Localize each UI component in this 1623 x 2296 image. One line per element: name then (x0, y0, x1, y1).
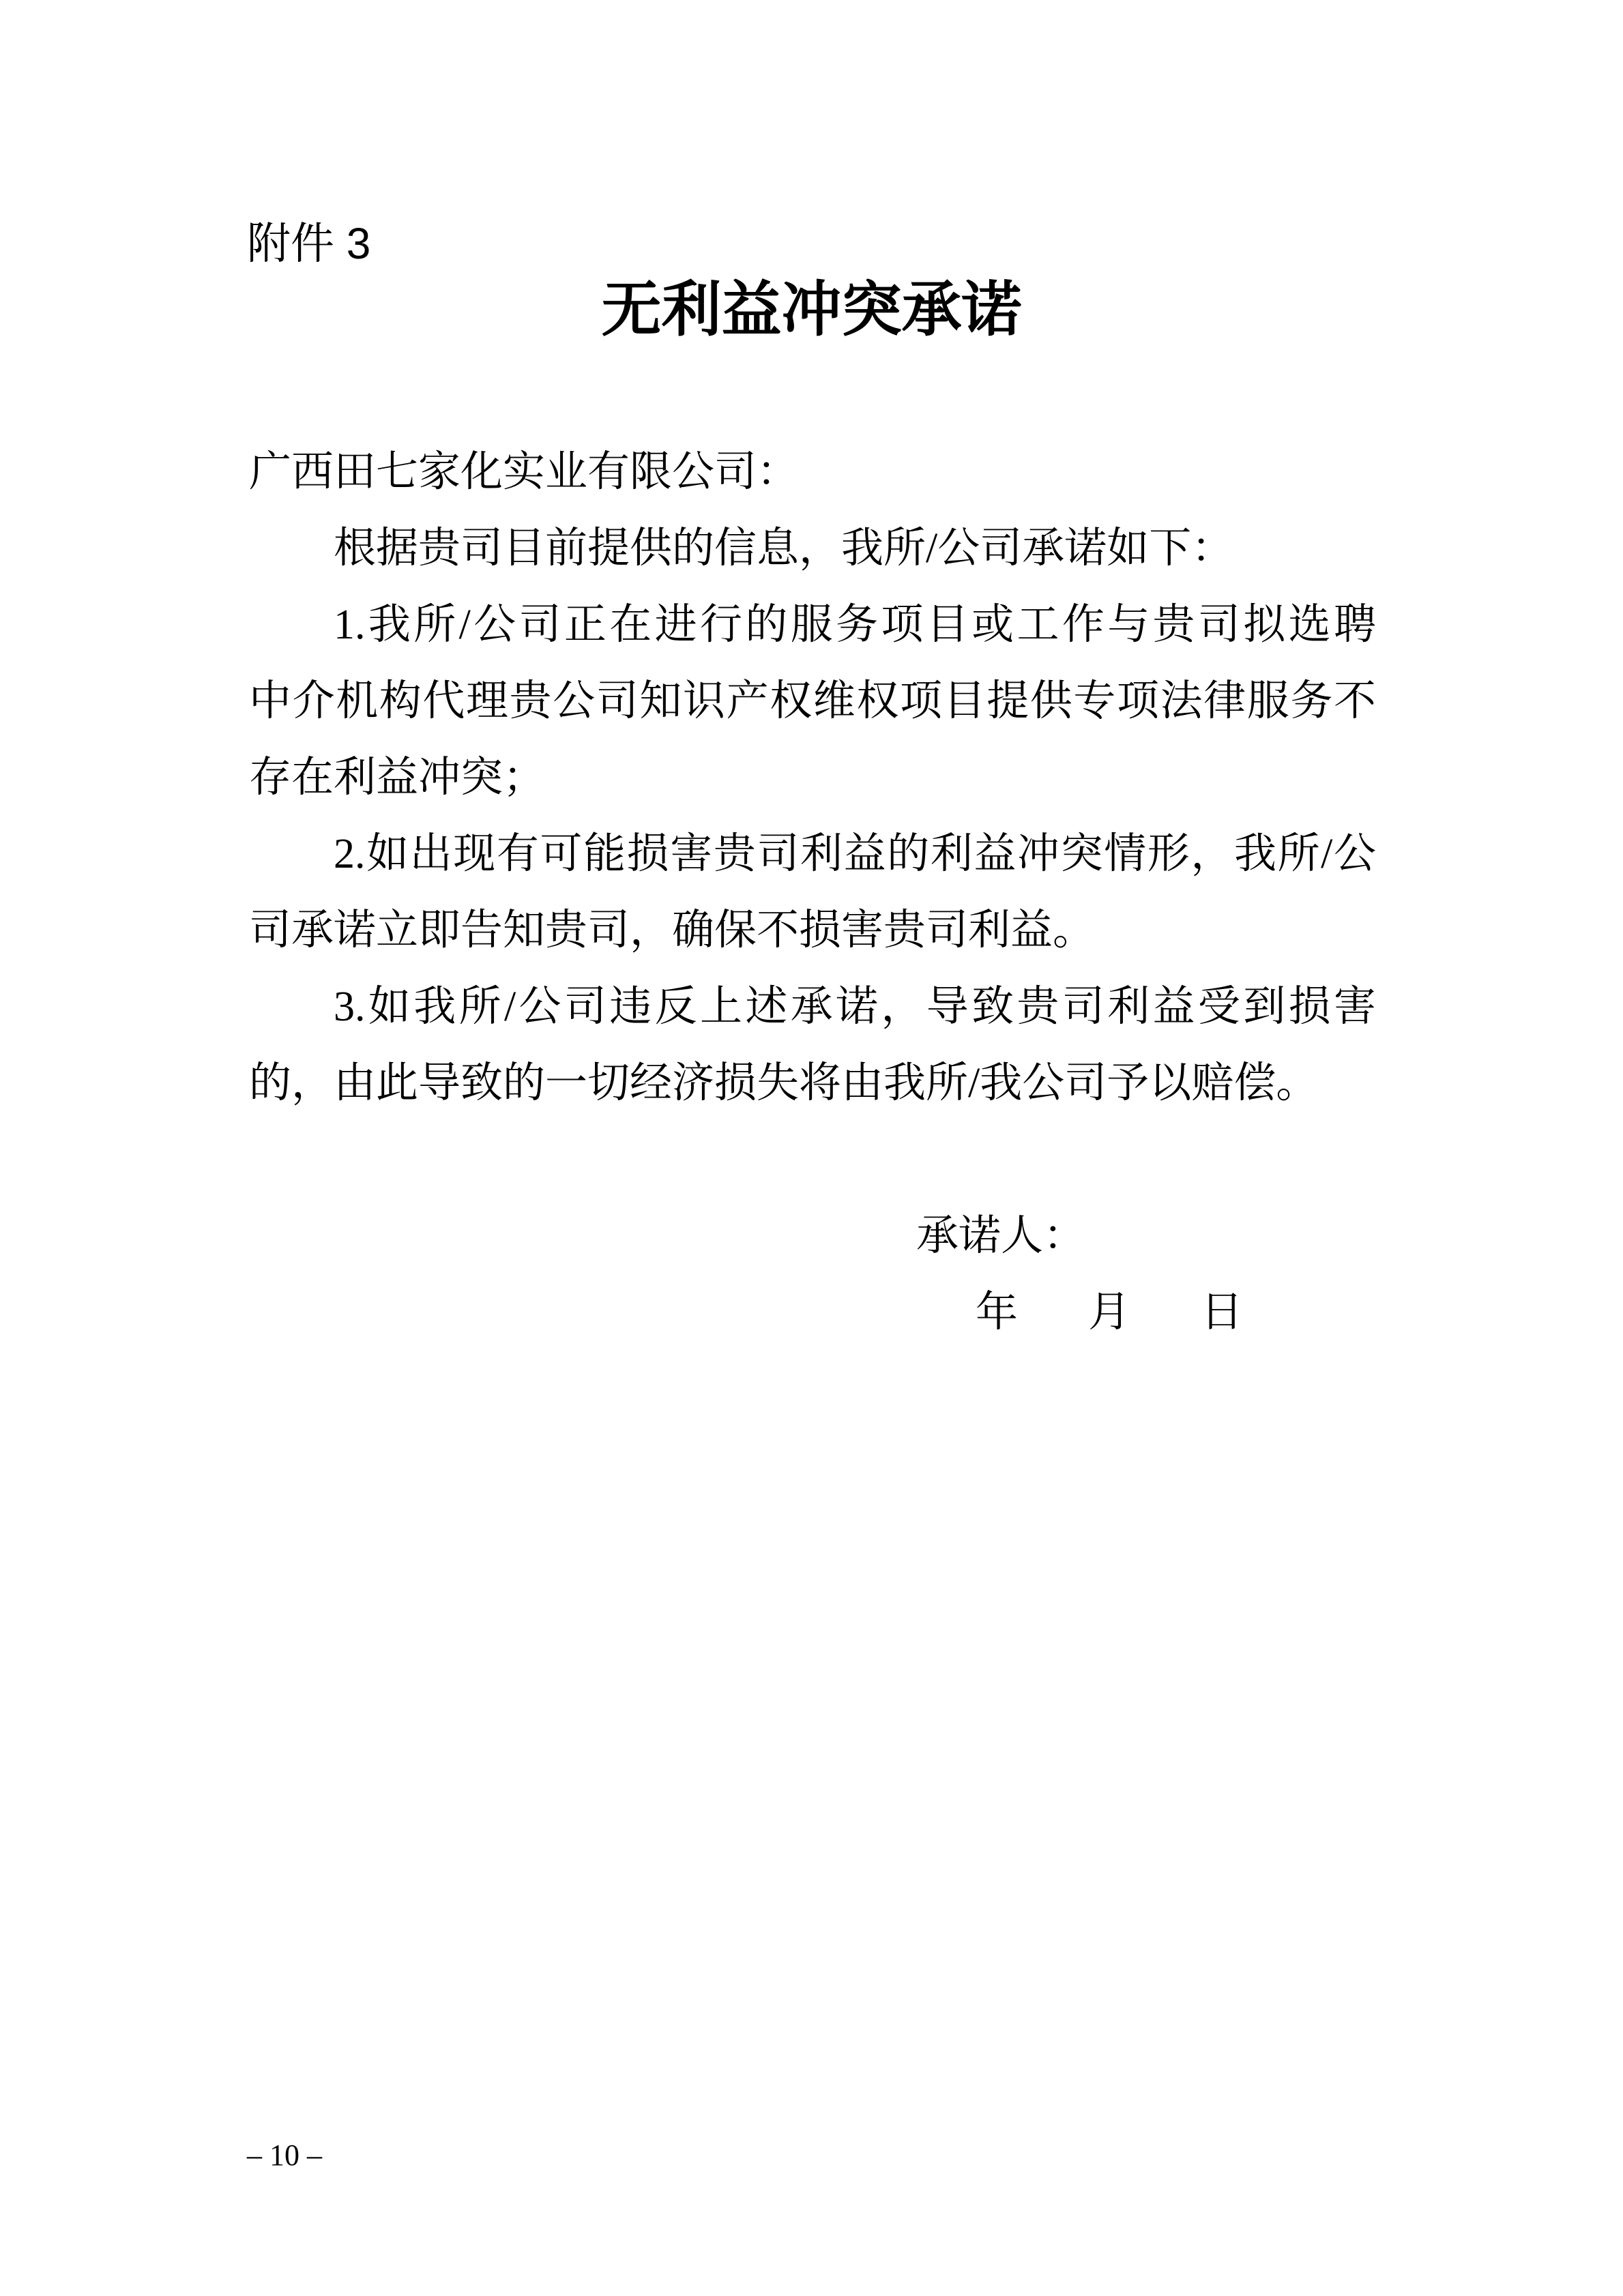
salutation-line: 广西田七家化实业有限公司： (249, 434, 1376, 510)
body-line: 司承诺立即告知贵司，确保不损害贵司利益。 (249, 892, 1376, 969)
date-year-label: 年 (976, 1274, 1018, 1351)
body-line: 根据贵司目前提供的信息，我所/公司承诺如下： (249, 510, 1376, 587)
date-month-label: 月 (1088, 1274, 1130, 1351)
page-number: – 10 – (247, 2139, 322, 2172)
body-line: 3.如我所/公司违反上述承诺，导致贵司利益受到损害 (249, 969, 1376, 1045)
document-title: 无利益冲突承诺 (0, 280, 1623, 340)
promisor-label: 承诺人： (916, 1198, 1085, 1274)
date-line: 年 月 日 (976, 1274, 1243, 1351)
body-line: 的，由此导致的一切经济损失将由我所/我公司予以赔偿。 (249, 1045, 1376, 1121)
attachment-label: 附件 3 (247, 222, 370, 265)
document-body: 广西田七家化实业有限公司： 根据贵司目前提供的信息，我所/公司承诺如下： 1.我… (249, 434, 1376, 1121)
document-page: 附件 3 无利益冲突承诺 广西田七家化实业有限公司： 根据贵司目前提供的信息，我… (0, 0, 1623, 2296)
date-day-label: 日 (1201, 1274, 1243, 1351)
body-line: 1.我所/公司正在进行的服务项目或工作与贵司拟选聘 (249, 587, 1376, 663)
body-line: 2.如出现有可能损害贵司利益的利益冲突情形，我所/公 (249, 816, 1376, 892)
body-line: 中介机构代理贵公司知识产权维权项目提供专项法律服务不 (249, 663, 1376, 739)
body-line: 存在利益冲突； (249, 739, 1376, 816)
